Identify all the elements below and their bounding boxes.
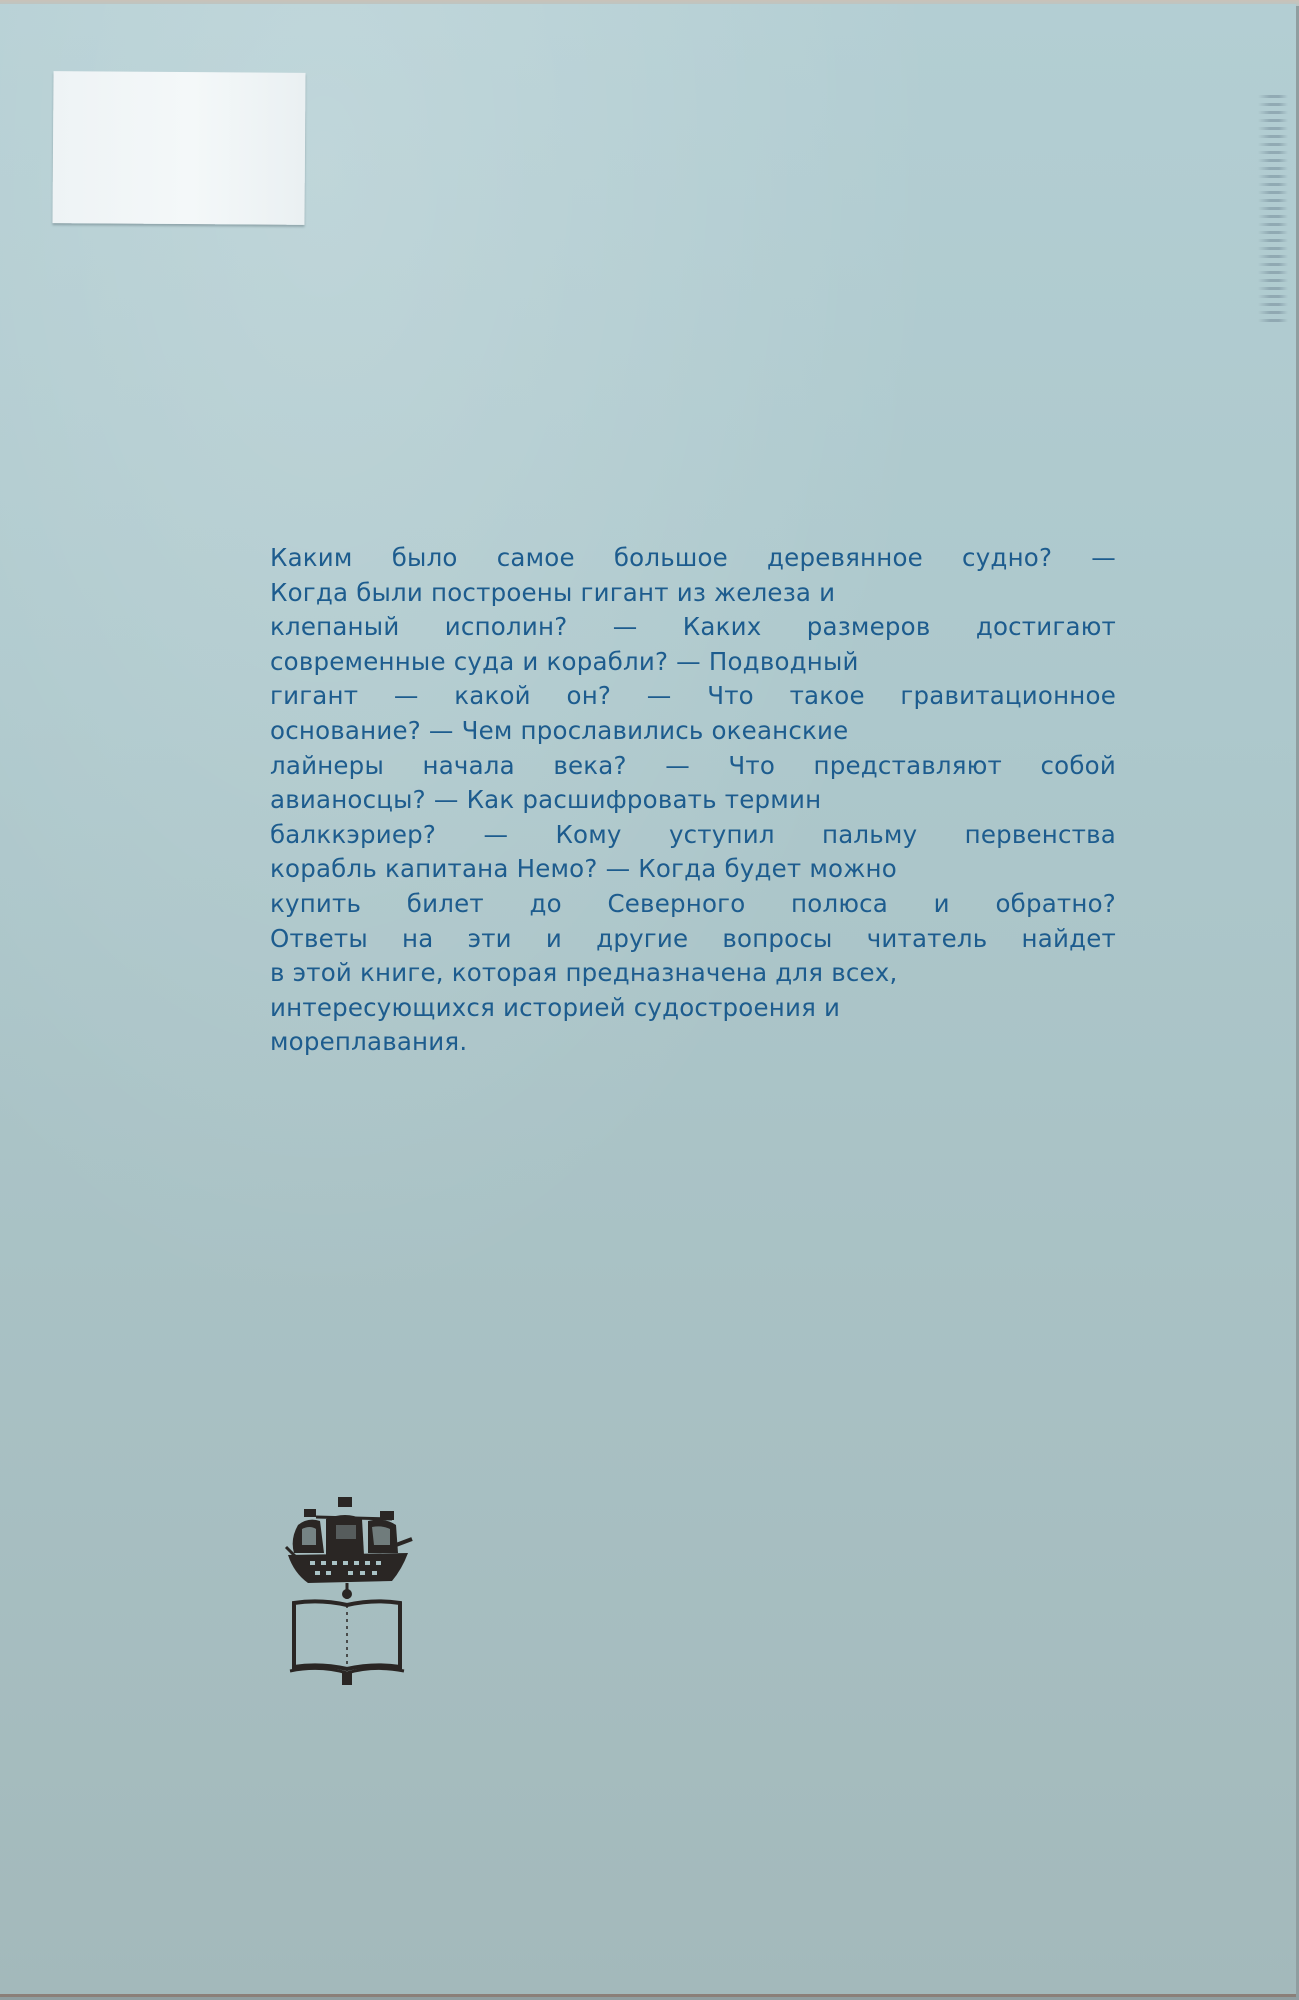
blurb-line: купить билет до Северного полюса и обрат…	[270, 887, 1116, 922]
blurb-line: современные суда и корабли? — Подводный	[270, 645, 1116, 680]
blurb-line: корабль капитана Немо? — Когда будет мож…	[270, 852, 1116, 887]
blurb-line: мореплавания.	[270, 1025, 1116, 1060]
blurb-line: Ответы на эти и другие вопросы читатель …	[270, 922, 1116, 957]
blurb-line: Когда были построены гигант из железа и	[270, 576, 1116, 611]
cover-blurb-text: Каким было самое большое деревянное судн…	[270, 541, 1116, 1060]
blurb-line: авианосцы? — Как расшифровать термин	[270, 783, 1116, 818]
blank-label-sticker	[52, 71, 305, 225]
blurb-line: Каким было самое большое деревянное судн…	[270, 541, 1116, 576]
blurb-line: основание? — Чем прославились океанские	[270, 714, 1116, 749]
publisher-emblem	[280, 1495, 415, 1685]
blurb-line: клепаный исполин? — Каких размеров дости…	[270, 610, 1116, 645]
blurb-line: лайнеры начала века? — Что представляют …	[270, 749, 1116, 784]
blurb-line: гигант — какой он? — Что такое гравитаци…	[270, 679, 1116, 714]
blurb-line: интересующихся историей судостроения и	[270, 991, 1116, 1026]
blurb-line: балккэриер? — Кому уступил пальму первен…	[270, 818, 1116, 853]
ship-over-open-book-icon	[280, 1495, 415, 1685]
blurb-line: в этой книге, которая предназначена для …	[270, 956, 1116, 991]
spine-wear-marks	[1258, 95, 1288, 325]
